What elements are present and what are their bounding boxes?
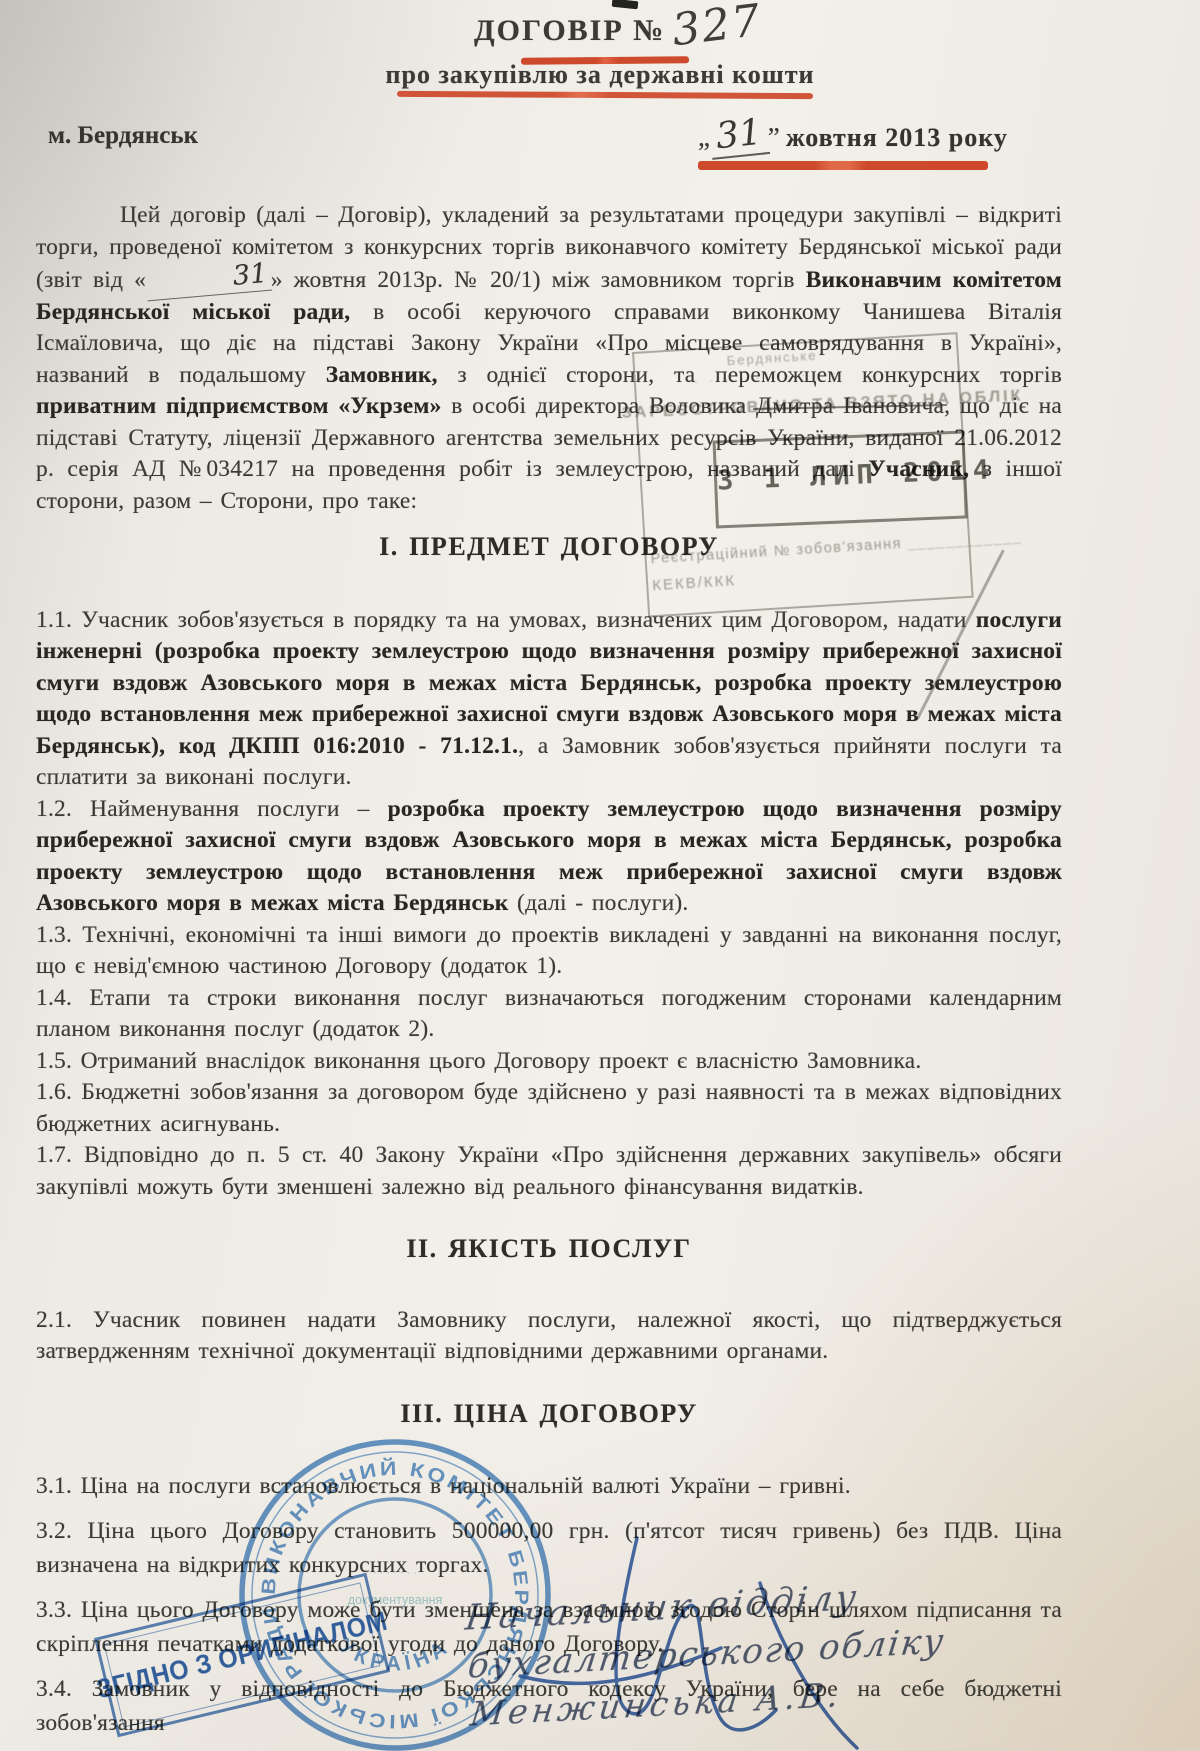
- document-header: ДОГОВІР № 327 про закупівлю за державні …: [0, 0, 1200, 106]
- registration-number-label: Реєстраційний № зобов'язання: [650, 529, 1022, 568]
- text-segment: » жовтня 2013р. № 20/1) між замовником т…: [271, 267, 806, 293]
- clause-1-4: 1.4. Етапи та строки виконання послуг ви…: [36, 983, 1062, 1046]
- document-title: ДОГОВІР №: [474, 14, 665, 48]
- section-heading: ІІ. ЯКІСТЬ ПОСЛУГ: [36, 1233, 1062, 1265]
- text-segment: (далі - послуги).: [508, 890, 688, 916]
- red-underline: [397, 91, 813, 99]
- text-segment: Замовник,: [326, 362, 438, 388]
- red-underline: [698, 161, 988, 170]
- text-segment: 2.1. Учасник повинен надати Замовнику по…: [36, 1307, 1062, 1365]
- city-date-row: м. Бердянськ „31” жовтня 2013 року: [0, 114, 1200, 174]
- kekv-label: КЕКВ/ККК: [652, 572, 737, 594]
- registration-stamp: Бердянське · · · · · · · · · · ЗАРЕЄСТРО…: [632, 332, 974, 617]
- text-segment: 1.3. Технічні, економічні та інші вимоги…: [36, 922, 1062, 980]
- city-label: м. Бердянськ: [48, 122, 198, 150]
- stamp-date: 3 1 ЛИП 2014: [717, 456, 964, 497]
- text-segment: 1.2. Найменування послуги –: [36, 796, 388, 822]
- text-segment: приватним підприємством «Укрзем»: [36, 393, 442, 419]
- clause-3-1: 3.1. Ціна на послуги встановлюється в на…: [36, 1469, 1062, 1503]
- text-segment: 3.2. Ціна цього Договору становить 50000…: [36, 1518, 1062, 1578]
- stamp-date-box: 3 1 ЛИП 2014: [713, 431, 968, 529]
- date-group: „31” жовтня 2013 року: [698, 114, 1008, 157]
- clause-2-1: 2.1. Учасник повинен надати Замовнику по…: [36, 1305, 1062, 1368]
- text-segment: 1.1. Учасник зобов'язується в порядку та…: [36, 607, 976, 633]
- clause-1-2: 1.2. Найменування послуги – розробка про…: [36, 794, 1062, 920]
- quote-close: ”: [768, 122, 780, 152]
- text-segment: 1.4. Етапи та строки виконання послуг ви…: [36, 985, 1062, 1043]
- handwritten-text: 31: [145, 258, 272, 301]
- handwritten-signature-block: Начальник відділу бухгалтерського обліку…: [465, 1574, 949, 1742]
- text-segment: 1.6. Бюджетні зобов'язання за договором …: [36, 1079, 1062, 1137]
- clause-1-5: 1.5. Отриманий внаслідок виконання цього…: [36, 1046, 1062, 1078]
- stamp-org-line-2: · · · · · · · · · ·: [693, 365, 840, 388]
- date-text: жовтня 2013 року: [786, 123, 1008, 152]
- scanned-contract-page: ДОГОВІР № 327 про закупівлю за державні …: [0, 0, 1200, 1751]
- section-heading: ІІІ. ЦІНА ДОГОВОРУ: [36, 1398, 1062, 1430]
- clause-3-2: 3.2. Ціна цього Договору становить 50000…: [36, 1514, 1062, 1582]
- text-segment: 1.7. Відповідно до п. 5 ст. 40 Закону Ук…: [36, 1142, 1062, 1200]
- handwritten-contract-number: 327: [669, 0, 765, 56]
- text-segment: 1.5. Отриманий внаслідок виконання цього…: [36, 1048, 921, 1074]
- text-segment: 3.1. Ціна на послуги встановлюється в на…: [36, 1473, 851, 1499]
- handwritten-day: 31: [708, 111, 770, 160]
- clause-1-1: 1.1. Учасник зобов'язується в порядку та…: [36, 605, 1062, 794]
- document-subtitle: про закупівлю за державні кошти: [0, 60, 1200, 90]
- clause-1-6: 1.6. Бюджетні зобов'язання за договором …: [36, 1077, 1062, 1140]
- clause-1-3: 1.3. Технічні, економічні та інші вимоги…: [36, 920, 1062, 983]
- stamp-org-line: Бердянське: [726, 348, 818, 369]
- clause-1-7: 1.7. Відповідно до п. 5 ст. 40 Закону Ук…: [36, 1140, 1062, 1203]
